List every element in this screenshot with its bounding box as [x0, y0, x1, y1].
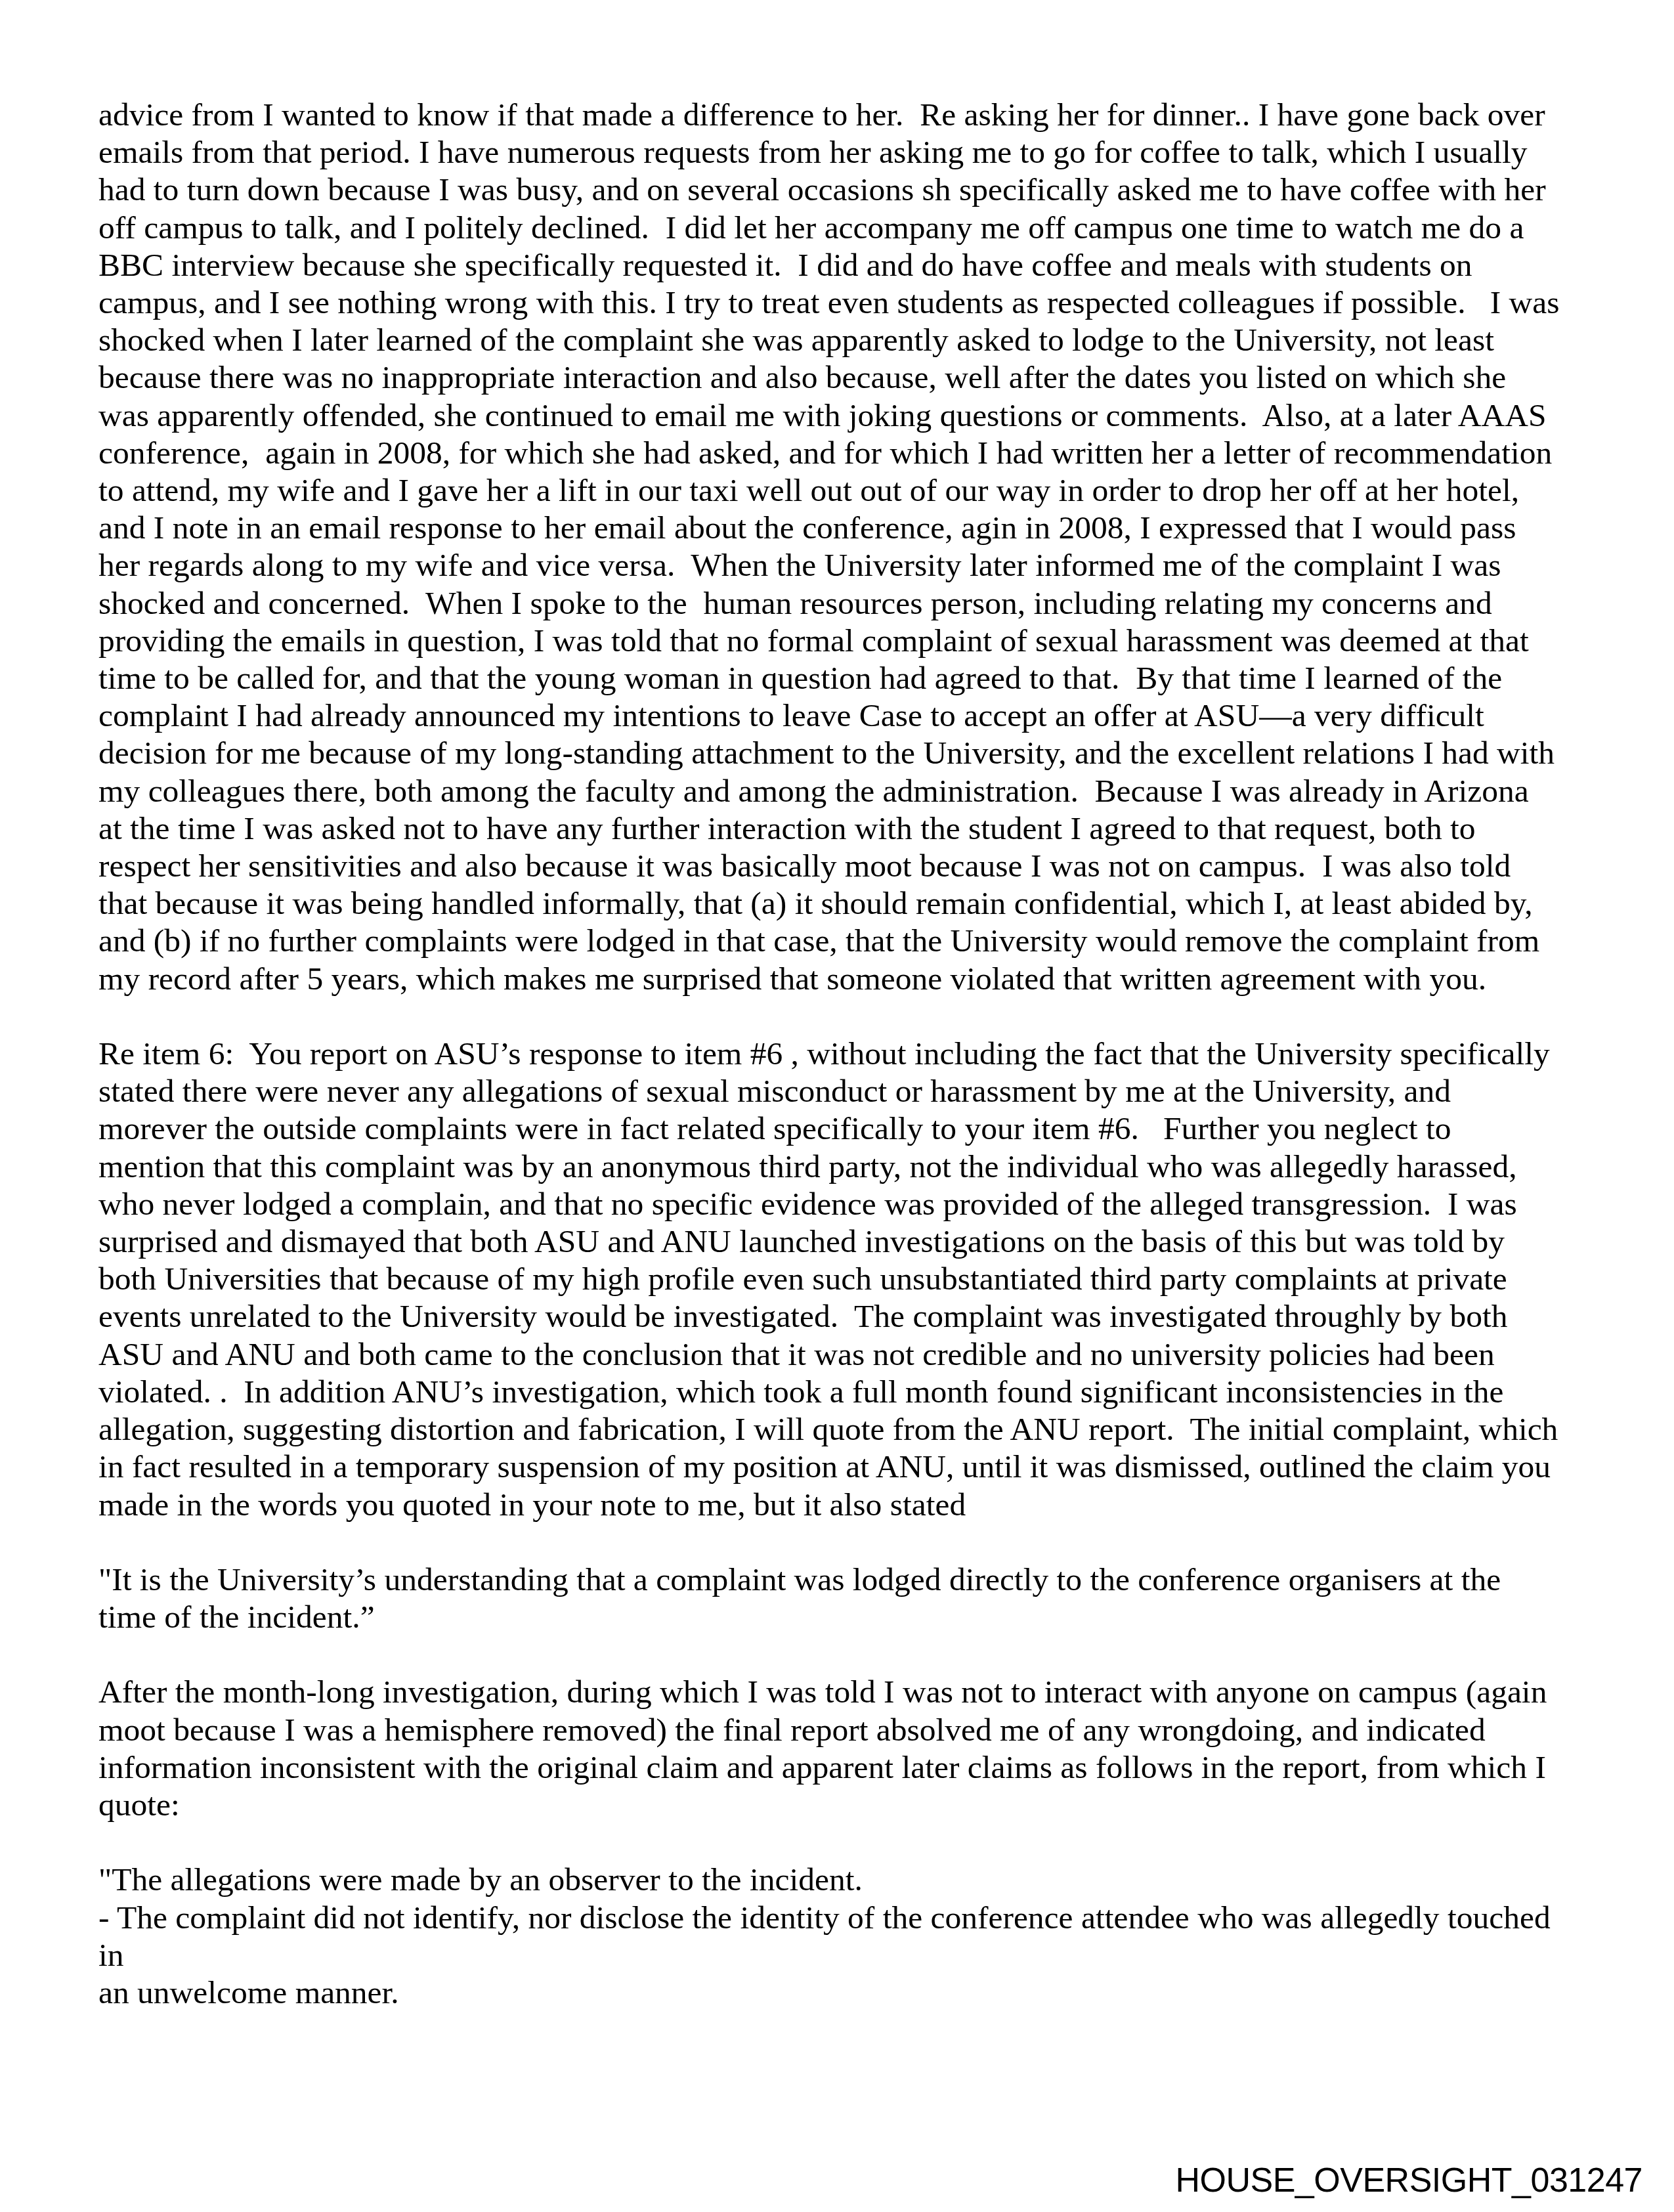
paragraph-re-item-6: Re item 6: You report on ASU’s response …: [98, 1035, 1595, 1523]
text-line: because there was no inappropriate inter…: [98, 358, 1595, 396]
text-line: "The allegations were made by an observe…: [98, 1861, 1595, 1898]
text-line: BBC interview because she specifically r…: [98, 246, 1595, 284]
text-line: mention that this complaint was by an an…: [98, 1148, 1595, 1185]
text-line: shocked and concerned. When I spoke to t…: [98, 584, 1595, 622]
text-line: who never lodged a complain, and that no…: [98, 1185, 1595, 1223]
text-line: was apparently offended, she continued t…: [98, 397, 1595, 434]
text-line: my colleagues there, both among the facu…: [98, 772, 1595, 810]
text-line: and I note in an email response to her e…: [98, 509, 1595, 546]
text-line: in: [98, 1936, 1595, 1974]
document-page: advice from I wanted to know if that mad…: [98, 96, 1595, 2049]
text-line: had to turn down because I was busy, and…: [98, 171, 1595, 208]
bates-number-footer: HOUSE_OVERSIGHT_031247: [1175, 2162, 1642, 2199]
text-line: made in the words you quoted in your not…: [98, 1486, 1595, 1523]
text-line: and (b) if no further complaints were lo…: [98, 922, 1595, 959]
text-line: conference, again in 2008, for which she…: [98, 434, 1595, 471]
text-line: emails from that period. I have numerous…: [98, 133, 1595, 171]
text-line: - The complaint did not identify, nor di…: [98, 1899, 1595, 1936]
text-line: moot because I was a hemisphere removed)…: [98, 1711, 1595, 1748]
text-line: shocked when I later learned of the comp…: [98, 321, 1595, 358]
text-line: providing the emails in question, I was …: [98, 622, 1595, 659]
text-line: both Universities that because of my hig…: [98, 1260, 1595, 1297]
text-line: Re item 6: You report on ASU’s response …: [98, 1035, 1595, 1072]
text-line: complaint I had already announced my int…: [98, 697, 1595, 734]
text-line: her regards along to my wife and vice ve…: [98, 546, 1595, 584]
text-line: quote:: [98, 1786, 1595, 1823]
text-line: in fact resulted in a temporary suspensi…: [98, 1448, 1595, 1485]
text-line: respect her sensitivities and also becau…: [98, 847, 1595, 884]
text-line: ASU and ANU and both came to the conclus…: [98, 1335, 1595, 1373]
paragraph-case-response: advice from I wanted to know if that mad…: [98, 96, 1595, 997]
text-line: violated. . In addition ANU’s investigat…: [98, 1373, 1595, 1410]
text-line: an unwelcome manner.: [98, 1974, 1595, 2011]
paragraph-after-investigation: After the month-long investigation, duri…: [98, 1673, 1595, 1823]
text-line: events unrelated to the University would…: [98, 1297, 1595, 1335]
text-line: advice from I wanted to know if that mad…: [98, 96, 1595, 133]
quote-anu-report: "The allegations were made by an observe…: [98, 1861, 1595, 2011]
text-line: surprised and dismayed that both ASU and…: [98, 1223, 1595, 1260]
text-line: my record after 5 years, which makes me …: [98, 960, 1595, 997]
text-line: morever the outside complaints were in f…: [98, 1110, 1595, 1147]
text-line: campus, and I see nothing wrong with thi…: [98, 284, 1595, 321]
text-line: stated there were never any allegations …: [98, 1072, 1595, 1110]
text-line: that because it was being handled inform…: [98, 884, 1595, 922]
text-line: "It is the University’s understanding th…: [98, 1561, 1595, 1598]
text-line: time of the incident.”: [98, 1598, 1595, 1636]
quote-university-understanding: "It is the University’s understanding th…: [98, 1561, 1595, 1636]
text-line: to attend, my wife and I gave her a lift…: [98, 471, 1595, 509]
text-line: time to be called for, and that the youn…: [98, 659, 1595, 697]
text-line: decision for me because of my long-stand…: [98, 734, 1595, 771]
text-line: at the time I was asked not to have any …: [98, 810, 1595, 847]
text-line: off campus to talk, and I politely decli…: [98, 209, 1595, 246]
text-line: information inconsistent with the origin…: [98, 1748, 1595, 1786]
text-line: After the month-long investigation, duri…: [98, 1673, 1595, 1710]
text-line: allegation, suggesting distortion and fa…: [98, 1410, 1595, 1448]
